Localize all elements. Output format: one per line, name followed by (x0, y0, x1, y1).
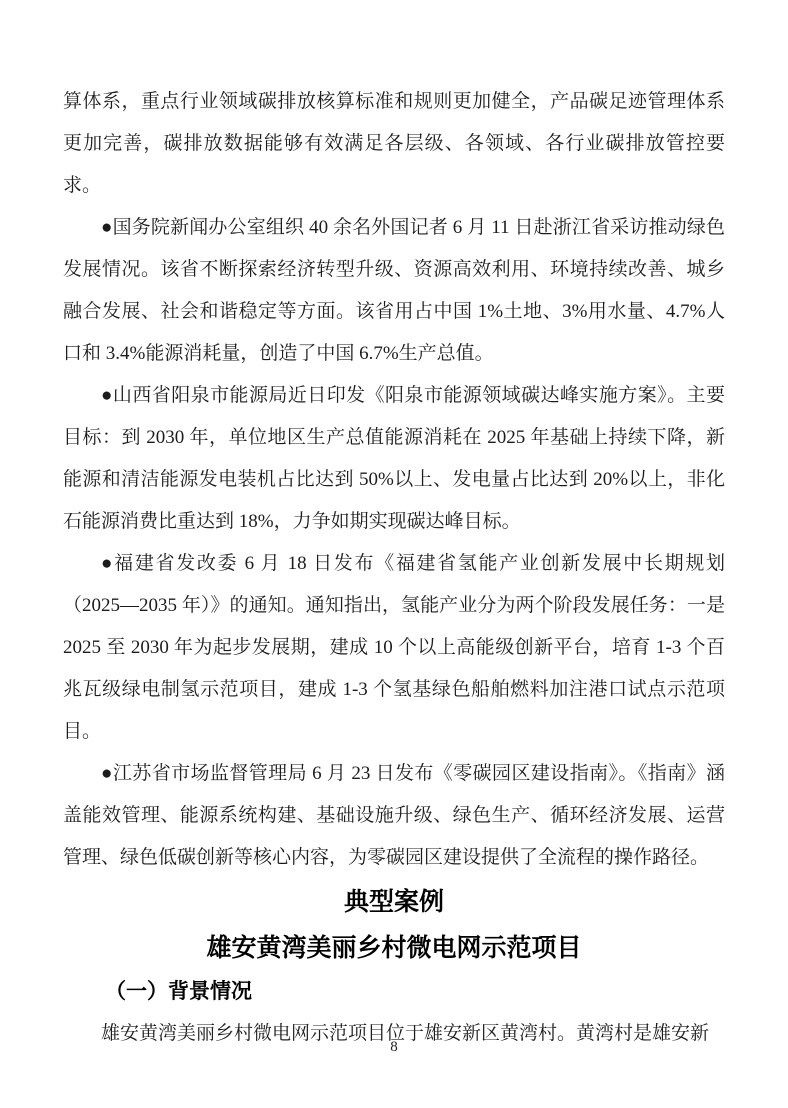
case-section-title: 典型案例 (63, 879, 725, 925)
document-page: 算体系，重点行业领域碳排放核算标准和规则更加健全，产品碳足迹管理体系更加完善，碳… (0, 0, 788, 1108)
body-paragraph-bullet: ●国务院新闻办公室组织 40 余名外国记者 6 月 11 日赴浙江省采访推动绿色… (63, 207, 725, 375)
background-subsection-title: （一）背景情况 (63, 971, 725, 1013)
document-content: 算体系，重点行业领域碳排放核算标准和规则更加健全，产品碳足迹管理体系更加完善，碳… (63, 81, 725, 1055)
body-paragraph-bullet: ●福建省发改委 6 月 18 日发布《福建省氢能产业创新发展中长期规划（2025… (63, 543, 725, 753)
body-paragraph: 算体系，重点行业领域碳排放核算标准和规则更加健全，产品碳足迹管理体系更加完善，碳… (63, 81, 725, 207)
page-number: 8 (0, 1038, 788, 1056)
project-title: 雄安黄湾美丽乡村微电网示范项目 (63, 925, 725, 971)
body-paragraph-bullet: ●江苏省市场监督管理局 6 月 23 日发布《零碳园区建设指南》。《指南》涵盖能… (63, 753, 725, 879)
body-paragraph-bullet: ●山西省阳泉市能源局近日印发《阳泉市能源领域碳达峰实施方案》。主要目标：到 20… (63, 375, 725, 543)
